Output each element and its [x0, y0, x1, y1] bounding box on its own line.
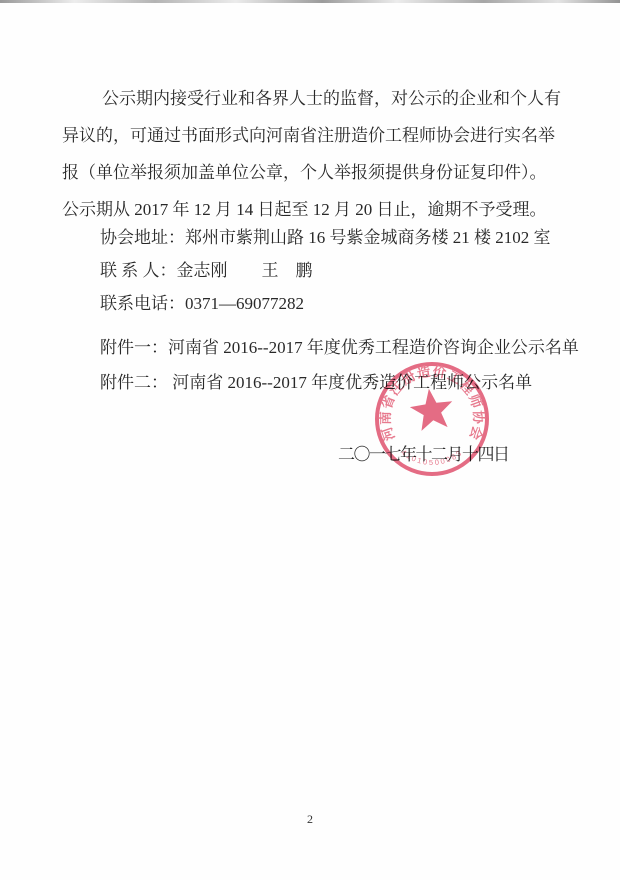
official-seal: 河南省注册造价工程师协会 41010500083	[371, 357, 493, 481]
contact-block: 协会地址：郑州市紫荆山路 16 号紫金城商务楼 21 楼 2102 室 联 系 …	[100, 221, 551, 320]
paragraph-line: 公示期内接受行业和各界人士的监督，对公示的企业和个人有	[62, 80, 562, 117]
page-number: 2	[0, 812, 620, 827]
document-page: 公示期内接受行业和各界人士的监督，对公示的企业和个人有 异议的，可通过书面形式向…	[0, 0, 620, 880]
body-paragraph: 公示期内接受行业和各界人士的监督，对公示的企业和个人有 异议的，可通过书面形式向…	[62, 80, 562, 228]
contact-person-line: 联 系 人：金志刚 王 鹏	[100, 254, 551, 287]
paragraph-line: 异议的，可通过书面形式向河南省注册造价工程师协会进行实名举	[62, 117, 562, 154]
paragraph-line: 报（单位举报须加盖单位公章，个人举报须提供身份证复印件）。	[62, 154, 562, 191]
attachment-line-2: 附件二： 河南省 2016--2017 年度优秀造价工程师公示名单	[100, 365, 579, 400]
seal-code-text: 41010500083	[400, 448, 465, 467]
attachments-block: 附件一：河南省 2016--2017 年度优秀工程造价咨询企业公示名单 附件二：…	[100, 330, 579, 400]
contact-address-line: 协会地址：郑州市紫荆山路 16 号紫金城商务楼 21 楼 2102 室	[100, 221, 551, 254]
contact-phone-line: 联系电话：0371—69077282	[100, 287, 551, 320]
scan-edge-artifact	[0, 0, 620, 3]
seal-star	[408, 386, 456, 432]
attachment-line-1: 附件一：河南省 2016--2017 年度优秀工程造价咨询企业公示名单	[100, 330, 579, 365]
